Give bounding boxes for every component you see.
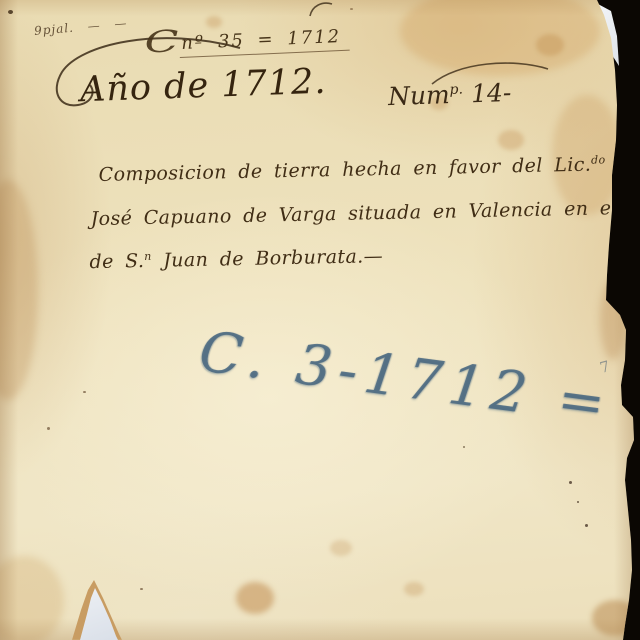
speck bbox=[569, 481, 572, 484]
year-heading: Año de 1712. bbox=[79, 62, 327, 111]
speck bbox=[140, 588, 143, 590]
stain bbox=[236, 582, 274, 614]
number-label: Num bbox=[388, 80, 451, 111]
stain bbox=[330, 540, 352, 556]
body-line-2: José Capuano de Varga situada en Valenci… bbox=[90, 196, 640, 230]
speck bbox=[350, 8, 353, 10]
manuscript-photograph: 9pjal. — — Cnº 35 = 1712 Año de 1712. Nu… bbox=[0, 0, 640, 640]
blue-crayon-archive-mark: C. 3-1712 = bbox=[196, 319, 616, 438]
stain bbox=[404, 582, 424, 596]
body-line-3: de S.n Juan de Borburata.— bbox=[89, 245, 383, 273]
header-note-text: nº 35 = 1712 bbox=[179, 26, 350, 58]
body-line-3-text: de S. bbox=[89, 250, 144, 273]
speck bbox=[47, 427, 50, 430]
number-value: 14- bbox=[463, 78, 512, 109]
body-line-1-text: D. bbox=[605, 153, 638, 176]
body-line-3-text: Juan de Borburata.— bbox=[152, 245, 384, 272]
speck bbox=[463, 446, 465, 448]
stain bbox=[498, 130, 524, 150]
number-label-superscript: p. bbox=[449, 82, 463, 98]
stain bbox=[592, 600, 638, 636]
flourish-capital: C bbox=[144, 24, 180, 60]
body-line-1-text: Composicion de tierra hecha en favor del… bbox=[98, 154, 591, 186]
stain bbox=[0, 556, 64, 640]
stain bbox=[536, 34, 564, 56]
stain bbox=[600, 280, 626, 360]
superscript: do bbox=[591, 153, 606, 166]
manuscript-page: 9pjal. — — Cnº 35 = 1712 Año de 1712. Nu… bbox=[0, 0, 640, 640]
speck bbox=[83, 391, 86, 393]
number-heading: Nump. 14- bbox=[388, 78, 512, 111]
header-archival-note: Cnº 35 = 1712 bbox=[149, 15, 349, 59]
stain bbox=[0, 180, 38, 400]
speck bbox=[8, 10, 13, 14]
speck bbox=[577, 501, 579, 503]
speck bbox=[585, 524, 588, 527]
